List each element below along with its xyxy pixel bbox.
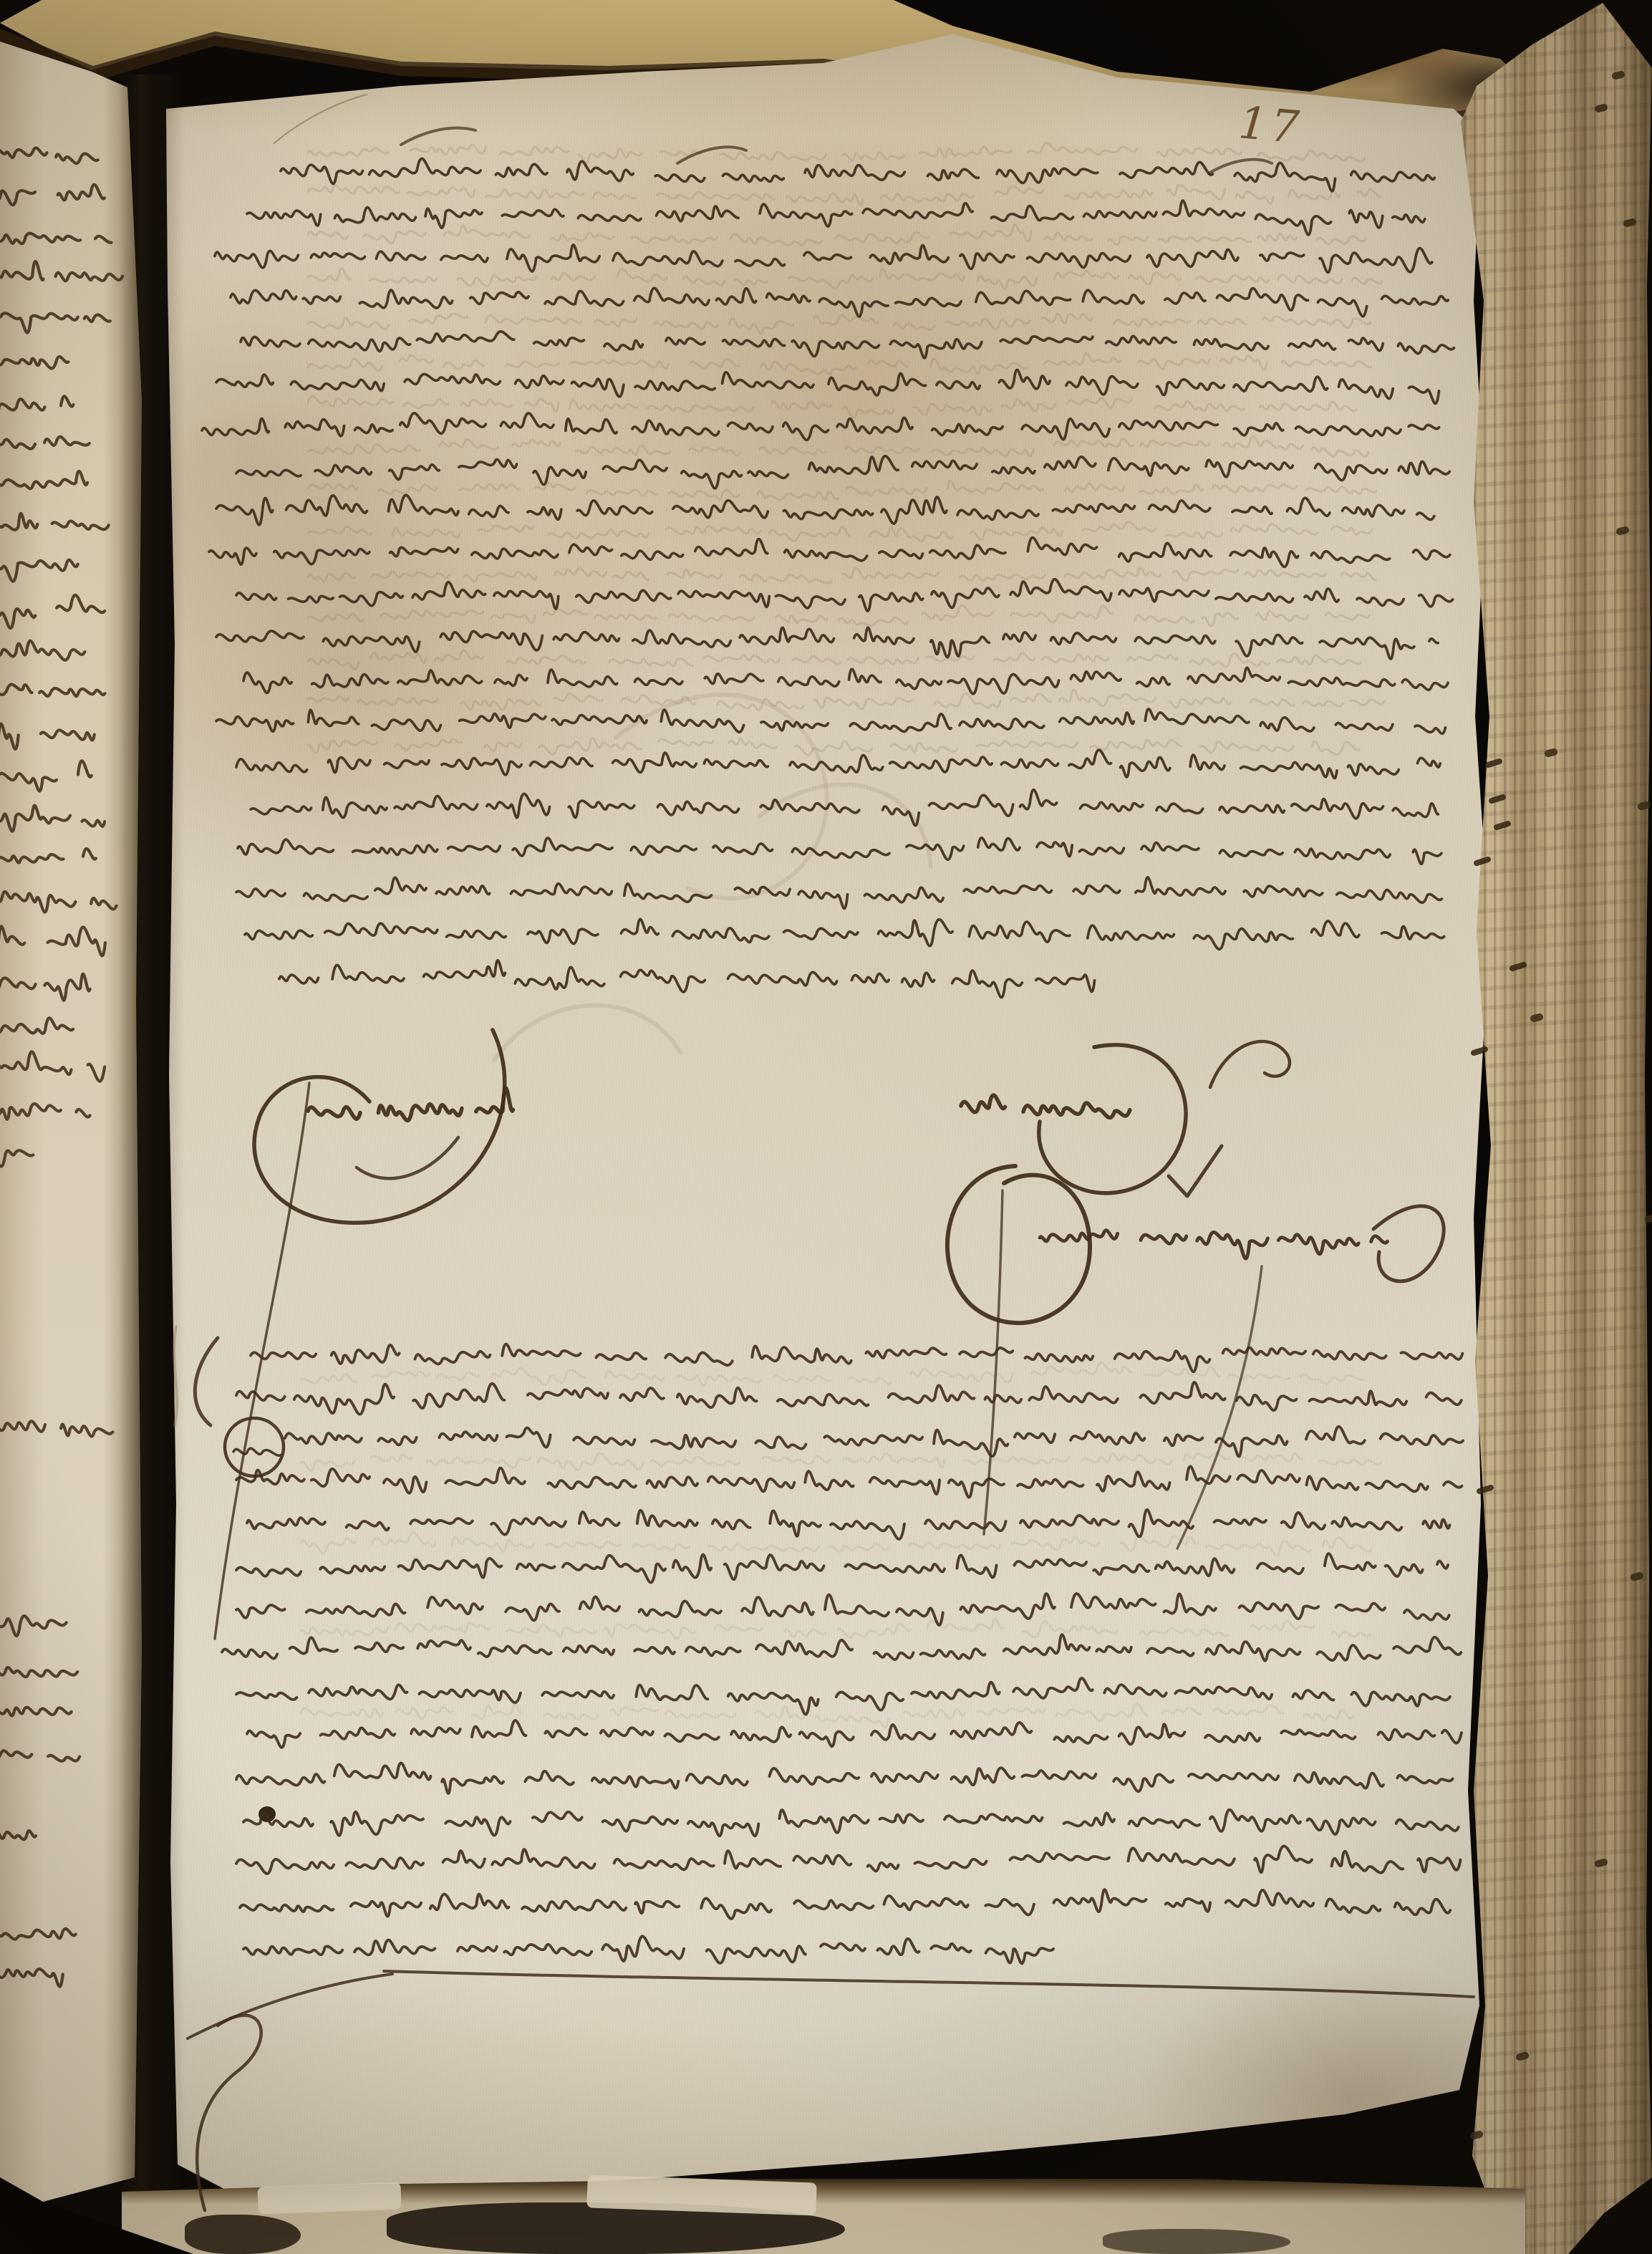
folio-number: 17 bbox=[1237, 96, 1305, 153]
torn-paper-flap bbox=[257, 2182, 401, 2215]
ink-stroke bbox=[1648, 1218, 1652, 1219]
manuscript-recto-page bbox=[0, 0, 1652, 2254]
paper-texture bbox=[0, 0, 1652, 2254]
manuscript-photograph: 17 bbox=[0, 0, 1652, 2254]
book-fore-edge-pages bbox=[1454, 0, 1652, 2254]
shadow-patch bbox=[185, 2215, 301, 2254]
shadow-patch bbox=[1103, 2229, 1290, 2254]
gutter-fold-shadow bbox=[119, 74, 185, 2195]
